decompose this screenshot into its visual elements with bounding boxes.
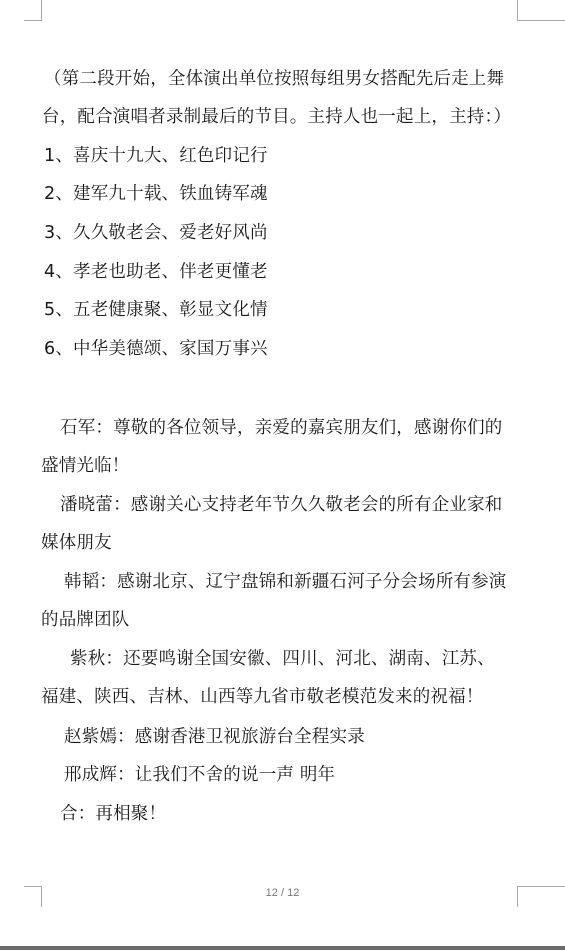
- document-page: （第二段开始，全体演出单位按照每组男女搭配先后走上舞 台，配合演唱者录制最后的节…: [0, 0, 565, 946]
- program-item-6: 6、中华美德颂、家国万事兴: [44, 338, 268, 360]
- intro-line-1: （第二段开始，全体演出单位按照每组男女搭配先后走上舞: [44, 68, 504, 90]
- dialogue-shijun-line-1: 石军：尊敬的各位领导，亲爱的嘉宾朋友们，感谢你们的: [60, 417, 503, 439]
- dialogue-ziqiu-line-1: 紫秋：还要鸣谢全国安徽、四川、河北、湖南、江苏、: [70, 648, 495, 670]
- dialogue-panxiaolei-line-2: 媒体朋友: [41, 532, 112, 554]
- margin-corner-mark-top-left: [24, 0, 42, 21]
- dialogue-together: 合：再相聚！: [60, 803, 166, 825]
- page-bottom-edge: [0, 946, 565, 950]
- program-item-4: 4、孝老也助老、伴老更懂老: [44, 261, 268, 283]
- dialogue-hantao-line-1: 韩韬：感谢北京、辽宁盘锦和新疆石河子分会场所有参演: [64, 571, 507, 593]
- program-item-1: 1、喜庆十九大、红色印记行: [44, 145, 268, 167]
- dialogue-shijun-line-2: 盛情光临！: [41, 455, 130, 477]
- dialogue-ziqiu-line-2: 福建、陕西、吉林、山西等九省市敬老模范发来的祝福！: [41, 686, 484, 708]
- intro-line-2: 台，配合演唱者录制最后的节目。主持人也一起上，主持：）: [42, 106, 511, 128]
- dialogue-xingchenghui: 邢成辉：让我们不舍的说一声 明年: [64, 764, 335, 786]
- program-item-3: 3、久久敬老会、爱老好风尚: [44, 222, 268, 244]
- margin-corner-mark-top-right: [517, 0, 565, 21]
- program-item-5: 5、五老健康聚、彰显文化情: [44, 299, 268, 321]
- dialogue-hantao-line-2: 的品牌团队: [41, 609, 130, 631]
- dialogue-zhaoziyan: 赵紫嫣：感谢香港卫视旅游台全程实录: [64, 726, 365, 748]
- page-indicator: 12 / 12: [0, 887, 565, 899]
- program-item-2: 2、建军九十载、铁血铸军魂: [44, 183, 268, 205]
- dialogue-panxiaolei-line-1: 潘晓蕾：感谢关心支持老年节久久敬老会的所有企业家和: [60, 494, 503, 516]
